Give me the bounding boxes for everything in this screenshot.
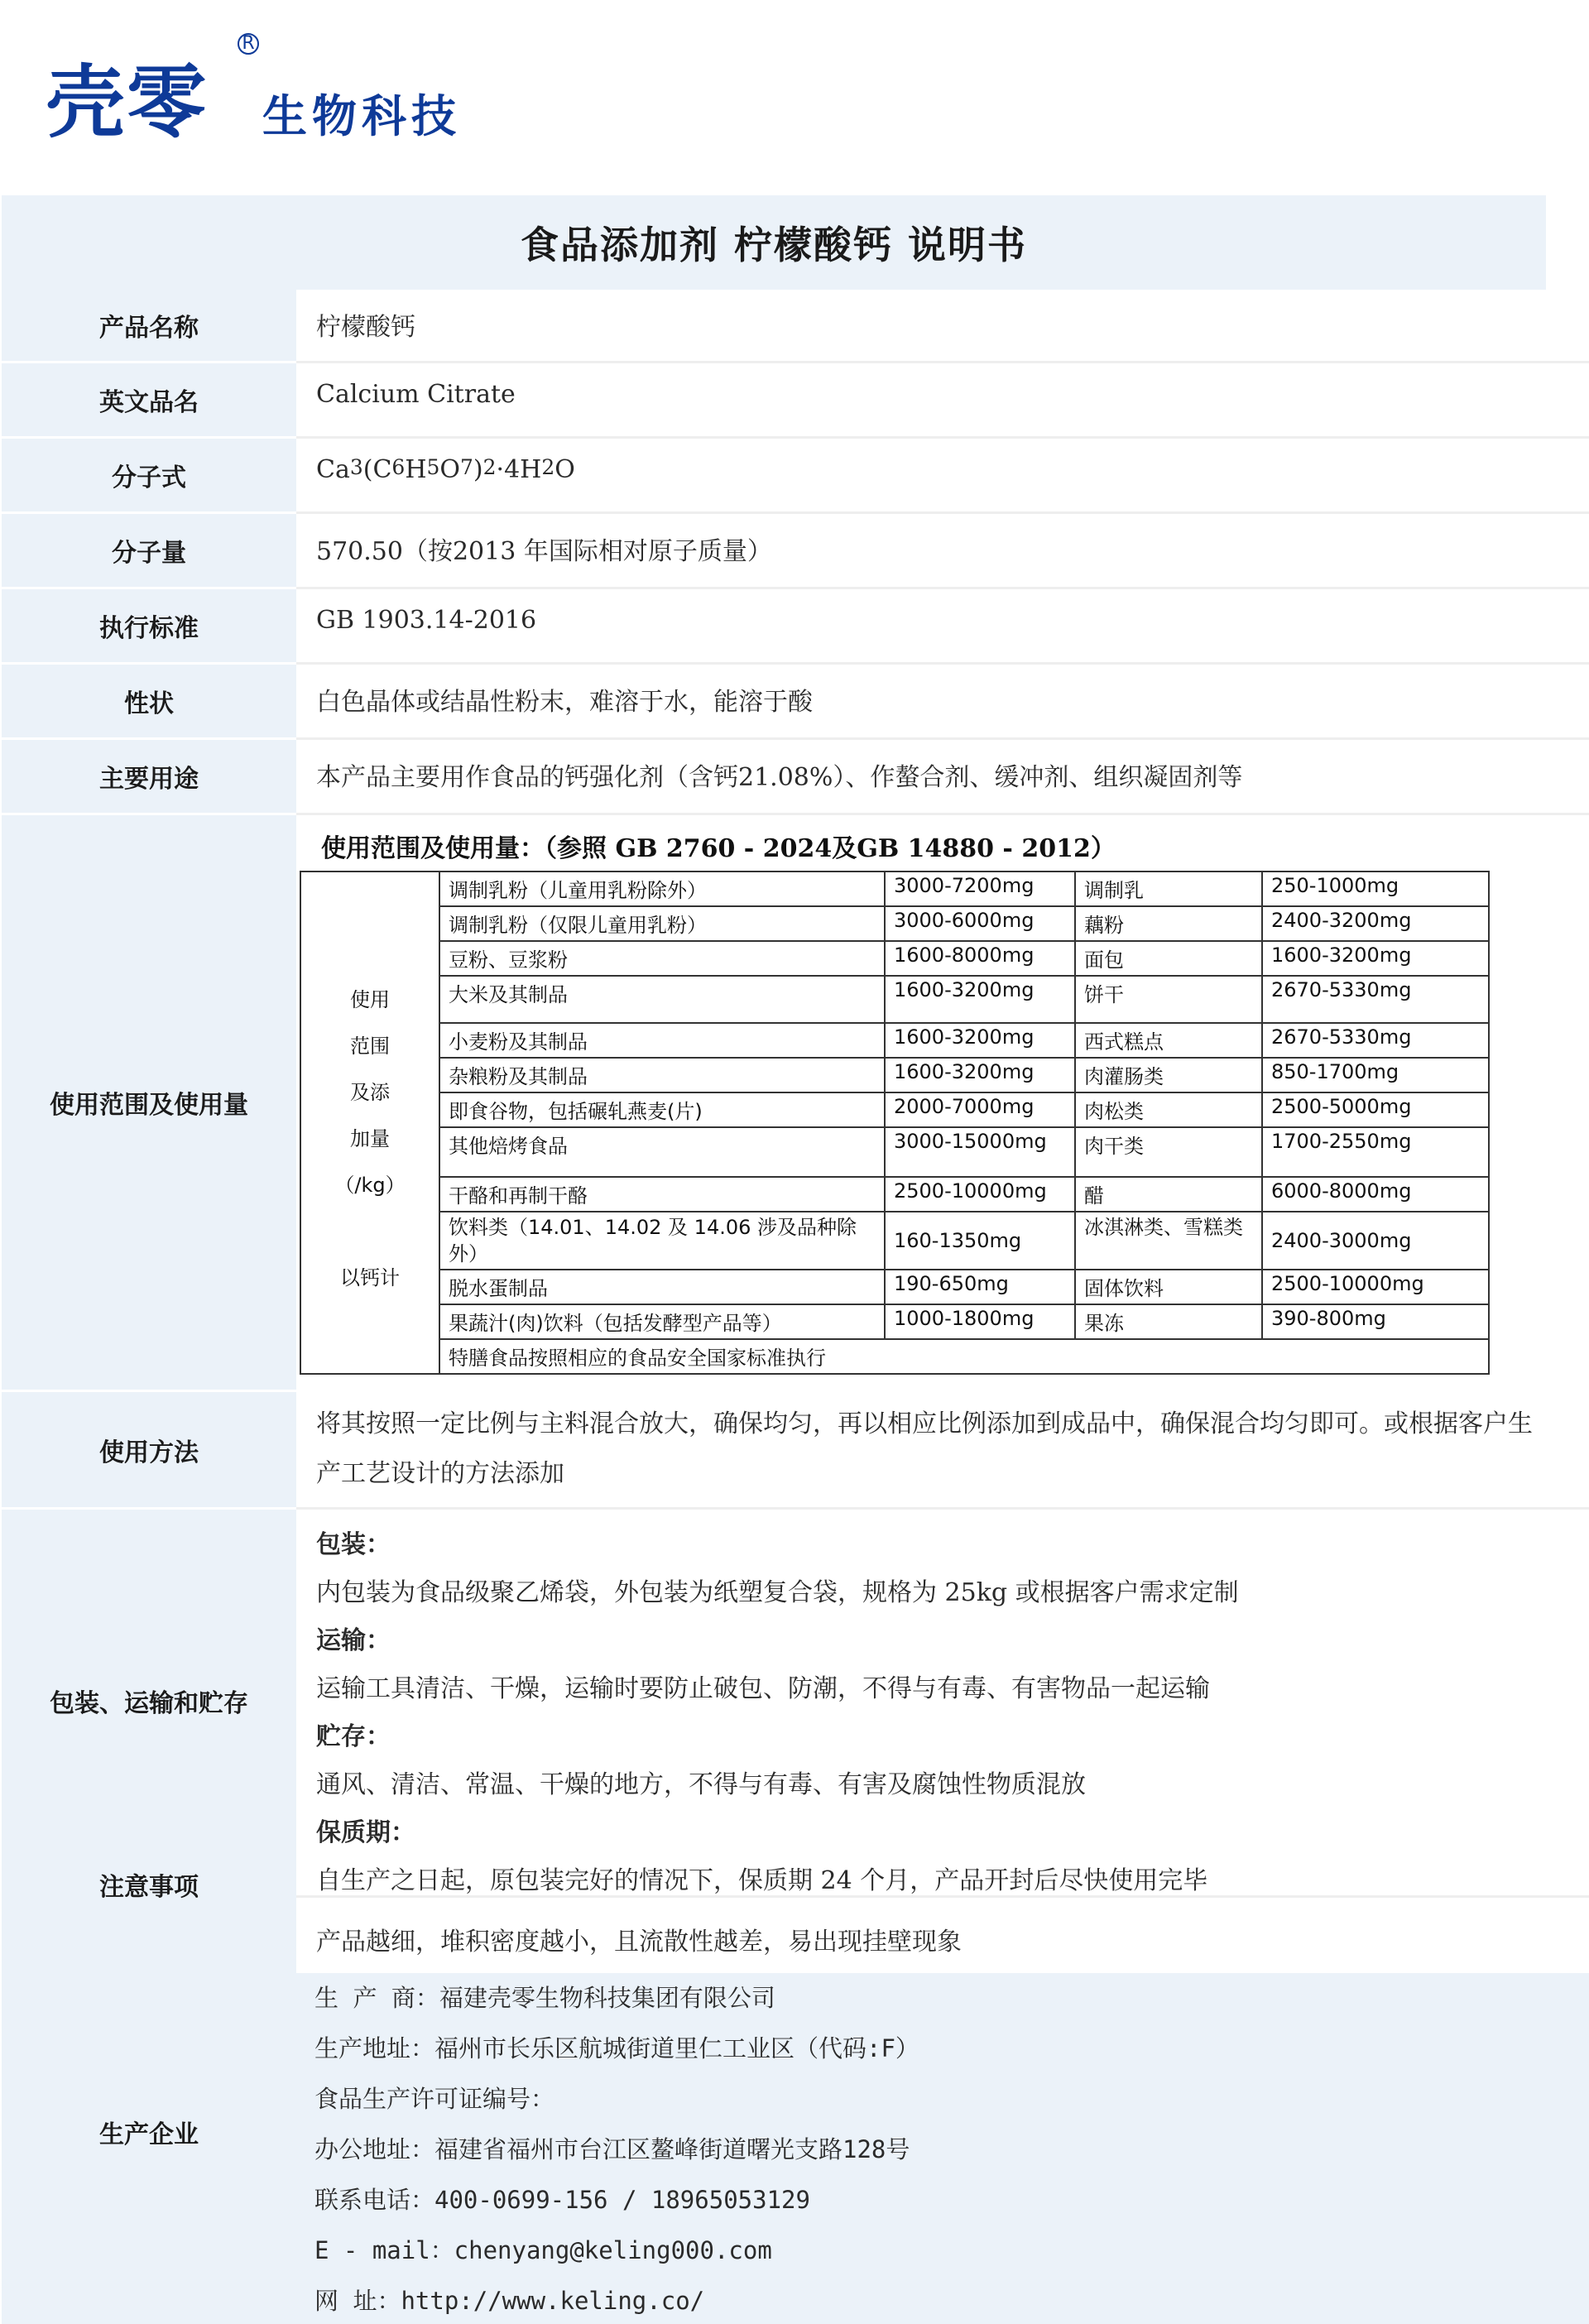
shelf-life-heading: 保质期： [316,1809,1589,1857]
amount-cell: 2500-10000mg [885,1177,1075,1212]
usage-side-label: 使用 范围 及添 加量 （/kg） 以钙计 [300,871,439,1374]
row-label: 生产企业 [2,1973,296,2324]
row-company: 生产企业 生 产 商：福建壳零生物科技集团有限公司 生产地址：福州市长乐区航城街… [2,1973,1589,2324]
row-label: 英文品名 [2,361,296,436]
company-website: 网 址：http://www.keling.co/ [314,2276,1589,2324]
packaging-heading: 包装： [316,1521,1589,1569]
table-row: 使用 范围 及添 加量 （/kg） 以钙计 调制乳粉（儿童用乳粉除外） 3000… [300,871,1489,906]
amount-cell: 3000-6000mg [885,906,1075,941]
usage-title: 使用范围及使用量：（参照 GB 2760 - 2024及GB 14880 - 2… [321,828,1116,864]
amount-cell: 2670-5330mg [1262,976,1489,1023]
row-molecular-weight: 分子量 570.50（按2013 年国际相对原子质量） [2,511,1589,587]
table-row: 干酪和再制干酪 2500-10000mg 醋 6000-8000mg [300,1177,1489,1212]
company-office-address: 办公地址：福建省福州市台江区鳌峰街道曙光支路128号 [314,2125,1589,2175]
food-cell: 饮料类（14.01、14.02 及 14.06 涉及品种除外） [439,1212,885,1270]
row-value: 产品越细，堆积密度越小，且流散性越差，易出现挂壁现象 [296,1895,1589,1973]
food-cell: 饼干 [1075,976,1262,1023]
row-english-name: 英文品名 Calcium Citrate [2,361,1589,436]
food-cell: 果冻 [1075,1304,1262,1339]
table-row: 豆粉、豆浆粉 1600-8000mg 面包 1600-3200mg [300,941,1489,976]
company-manufacturer: 生 产 商：福建壳零生物科技集团有限公司 [314,1973,1589,2024]
row-label: 分子式 [2,436,296,511]
side-line: 以钙计 [310,1255,430,1301]
packaging-text: 内包装为食品级聚乙烯袋，外包装为纸塑复合袋，规格为 25kg 或根据客户需求定制 [316,1569,1589,1617]
amount-cell: 1600-3200mg [885,1023,1075,1058]
company-logo: 壳零 R 生物科技 [46,33,509,149]
storage-text: 通风、清洁、常温、干燥的地方，不得与有毒、有害及腐蚀性物质混放 [316,1761,1589,1809]
amount-cell: 390-800mg [1262,1304,1489,1339]
side-line: 使用 [310,977,430,1023]
food-cell: 调制乳粉（儿童用乳粉除外） [439,871,885,906]
transport-heading: 运输： [316,1617,1589,1665]
food-cell: 肉干类 [1075,1127,1262,1177]
row-value: 570.50（按2013 年国际相对原子质量） [296,511,1589,587]
amount-cell: 2500-5000mg [1262,1092,1489,1127]
table-row: 其他焙烤食品 3000-15000mg 肉干类 1700-2550mg [300,1127,1489,1177]
table-row: 即食谷物，包括碾轧燕麦(片) 2000-7000mg 肉松类 2500-5000… [300,1092,1489,1127]
amount-cell: 3000-15000mg [885,1127,1075,1177]
food-cell: 杂粮粉及其制品 [439,1058,885,1092]
row-standard: 执行标准 GB 1903.14-2016 [2,587,1589,662]
side-line: 加量 [310,1116,430,1162]
amount-cell: 2670-5330mg [1262,1023,1489,1058]
row-notes: 注意事项 产品越细，堆积密度越小，且流散性越差，易出现挂壁现象 [2,1895,1589,1973]
formula-part: (C [363,455,392,484]
amount-cell: 1600-3200mg [1262,941,1489,976]
formula-part: Ca [316,455,350,484]
row-value-packaging: 包装： 内包装为食品级聚乙烯袋，外包装为纸塑复合袋，规格为 25kg 或根据客户… [296,1507,1589,1892]
row-label: 主要用途 [2,737,296,813]
food-cell: 即食谷物，包括碾轧燕麦(片) [439,1092,885,1127]
company-email: E - mail：chenyang@keling000.com [314,2226,1589,2276]
row-formula: 分子式 Ca3(C6H5O7)2·4H2O [2,436,1589,511]
food-cell: 豆粉、豆浆粉 [439,941,885,976]
table-row: 大米及其制品 1600-3200mg 饼干 2670-5330mg [300,976,1489,1023]
row-label: 性状 [2,662,296,737]
row-appearance: 性状 白色晶体或结晶性粉末，难溶于水，能溶于酸 [2,662,1589,737]
food-cell: 果蔬汁(肉)饮料（包括发酵型产品等） [439,1304,885,1339]
food-cell: 西式糕点 [1075,1023,1262,1058]
side-spacer [310,1208,430,1255]
amount-cell: 3000-7200mg [885,871,1075,906]
formula-part: ·4H [497,455,542,484]
food-cell: 固体饮料 [1075,1270,1262,1304]
row-value-formula: Ca3(C6H5O7)2·4H2O [296,436,1589,511]
amount-cell: 850-1700mg [1262,1058,1489,1092]
food-cell: 醋 [1075,1177,1262,1212]
formula-sub: 7 [460,455,473,479]
formula-sub: 6 [391,455,405,479]
table-row: 脱水蛋制品 190-650mg 固体饮料 2500-10000mg [300,1270,1489,1304]
food-cell: 调制乳 [1075,871,1262,906]
row-label: 产品名称 [2,290,296,361]
amount-cell: 190-650mg [885,1270,1075,1304]
food-cell: 其他焙烤食品 [439,1127,885,1177]
food-cell: 藕粉 [1075,906,1262,941]
formula-sub: 5 [427,455,440,479]
food-cell: 大米及其制品 [439,976,885,1023]
row-label: 使用方法 [2,1390,296,1507]
table-row: 杂粮粉及其制品 1600-3200mg 肉灌肠类 850-1700mg [300,1058,1489,1092]
row-value: GB 1903.14-2016 [296,587,1589,662]
formula-sub: 2 [541,455,554,479]
table-row: 果蔬汁(肉)饮料（包括发酵型产品等） 1000-1800mg 果冻 390-80… [300,1304,1489,1339]
row-method: 使用方法 将其按照一定比例与主料混合放大，确保均匀，再以相应比例添加到成品中，确… [2,1390,1589,1507]
amount-cell: 6000-8000mg [1262,1177,1489,1212]
food-cell: 肉灌肠类 [1075,1058,1262,1092]
side-line: （/kg） [310,1162,430,1208]
row-value-company: 生 产 商：福建壳零生物科技集团有限公司 生产地址：福州市长乐区航城街道里仁工业… [296,1973,1589,2324]
storage-heading: 贮存： [316,1713,1589,1761]
food-cell: 调制乳粉（仅限儿童用乳粉） [439,906,885,941]
formula-part: H [405,455,426,484]
row-main-use: 主要用途 本产品主要用作食品的钙强化剂（含钙21.08%）、作螯合剂、缓冲剂、组… [2,737,1589,813]
row-label: 分子量 [2,511,296,587]
table-row: 饮料类（14.01、14.02 及 14.06 涉及品种除外） 160-1350… [300,1212,1489,1270]
formula-sub: 2 [483,455,497,479]
amount-cell: 1700-2550mg [1262,1127,1489,1177]
amount-cell: 1600-8000mg [885,941,1075,976]
registered-trademark-icon: R [238,33,259,55]
company-phone: 联系电话：400-0699-156 / 18965053129 [314,2175,1589,2226]
amount-cell: 2400-3200mg [1262,906,1489,941]
footer-cell: 特膳食品按照相应的食品安全国家标准执行 [439,1339,1489,1374]
company-production-address: 生产地址：福州市长乐区航城街道里仁工业区（代码:F） [314,2024,1589,2074]
row-label: 注意事项 [2,1796,296,1973]
amount-cell: 2400-3000mg [1262,1212,1489,1270]
row-value: 将其按照一定比例与主料混合放大，确保均匀，再以相应比例添加到成品中，确保混合均匀… [296,1390,1589,1507]
formula-sub: 3 [350,455,363,479]
amount-cell: 1600-3200mg [885,976,1075,1023]
amount-cell: 1600-3200mg [885,1058,1075,1092]
document-title: 食品添加剂 柠檬酸钙 说明书 [521,215,1027,270]
food-cell: 干酪和再制干酪 [439,1177,885,1212]
table-row: 小麦粉及其制品 1600-3200mg 西式糕点 2670-5330mg [300,1023,1489,1058]
usage-table: 使用 范围 及添 加量 （/kg） 以钙计 调制乳粉（儿童用乳粉除外） 3000… [300,871,1490,1375]
row-value: 本产品主要用作食品的钙强化剂（含钙21.08%）、作螯合剂、缓冲剂、组织凝固剂等 [296,737,1589,813]
logo-brand-text: 壳零 [46,40,208,153]
amount-cell: 2000-7000mg [885,1092,1075,1127]
amount-cell: 2500-10000mg [1262,1270,1489,1304]
food-cell: 面包 [1075,941,1262,976]
side-line: 及添 [310,1069,430,1116]
food-cell: 脱水蛋制品 [439,1270,885,1304]
side-line: 范围 [310,1023,430,1069]
row-product-name: 产品名称 柠檬酸钙 [2,290,1589,361]
row-value: 柠檬酸钙 [296,290,1589,361]
row-label: 执行标准 [2,587,296,662]
food-cell: 肉松类 [1075,1092,1262,1127]
row-label: 使用范围及使用量 [2,813,296,1390]
formula-part: O [439,455,460,484]
table-row-footer: 特膳食品按照相应的食品安全国家标准执行 [300,1339,1489,1374]
amount-cell: 250-1000mg [1262,871,1489,906]
food-cell: 小麦粉及其制品 [439,1023,885,1058]
row-value: 白色晶体或结晶性粉末，难溶于水，能溶于酸 [296,662,1589,737]
amount-cell: 160-1350mg [885,1212,1075,1270]
formula-part: ) [473,455,483,484]
row-value: Calcium Citrate [296,361,1589,436]
food-cell: 冰淇淋类、雪糕类 [1075,1212,1262,1270]
transport-text: 运输工具清洁、干燥，运输时要防止破包、防潮，不得与有毒、有害物品一起运输 [316,1665,1589,1713]
logo-subtitle: 生物科技 [262,81,461,145]
amount-cell: 1000-1800mg [885,1304,1075,1339]
company-license-number: 食品生产许可证编号： [314,2074,1589,2125]
formula-part: O [554,455,575,484]
table-row: 调制乳粉（仅限儿童用乳粉） 3000-6000mg 藕粉 2400-3200mg [300,906,1489,941]
document-title-bar: 食品添加剂 柠檬酸钙 说明书 [2,195,1546,290]
